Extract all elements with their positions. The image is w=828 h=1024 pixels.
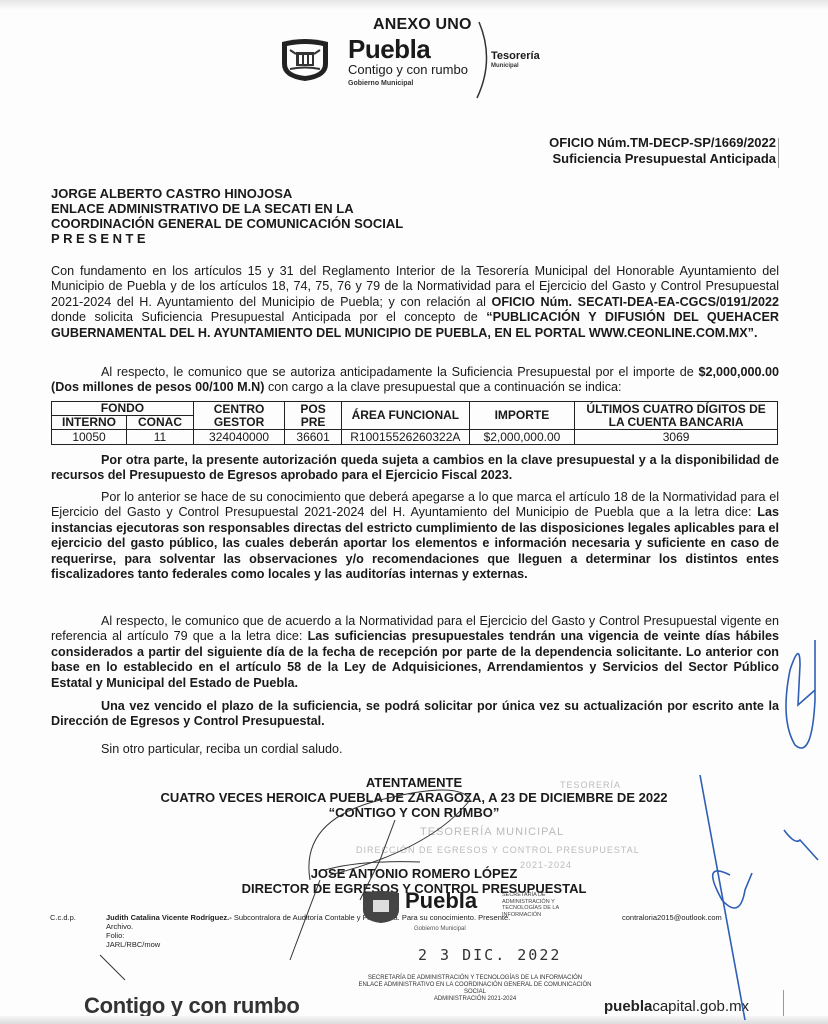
th-centro-gestor: CENTRO GESTOR xyxy=(193,402,284,430)
scan-edge-top xyxy=(0,0,828,10)
oficio-reference: OFICIO Núm.TM-DECP-SP/1669/2022 Suficien… xyxy=(549,135,776,167)
received-stamp-shield-icon xyxy=(360,890,402,924)
paragraph-article-79: Al respecto, le comunico que de acuerdo … xyxy=(51,614,779,691)
budget-key-table: FONDO CENTRO GESTOR POS PRE ÁREA FUNCION… xyxy=(51,401,778,445)
presente-label: PRESENTE xyxy=(51,231,403,246)
footer-margin-mark xyxy=(783,990,784,1016)
cc-label: C.c.d.p. xyxy=(50,913,76,922)
received-stamp-side: SECRETARÍA DE ADMINISTRACIÓN Y TECNOLOGÍ… xyxy=(502,892,562,918)
cell-importe: $2,000,000.00 xyxy=(469,430,574,445)
p1-text-2: donde solicita Suficiencia Presupuestal … xyxy=(51,310,486,324)
paragraph-farewell: Sin otro particular, reciba un cordial s… xyxy=(51,742,779,757)
cell-interno: 10050 xyxy=(52,430,127,445)
received-stamp-brand: Puebla xyxy=(405,888,477,914)
th-importe: IMPORTE xyxy=(469,402,574,430)
received-stamp-line-1: SECRETARÍA DE ADMINISTRACIÓN Y TECNOLOGÍ… xyxy=(355,975,595,982)
department-name: Tesorería xyxy=(491,50,540,62)
cell-area-funcional: R10015526260322A xyxy=(341,430,469,445)
city-coat-of-arms-icon xyxy=(278,38,332,82)
paragraph-legal-basis: Con fundamento en los artículos 15 y 31 … xyxy=(51,264,779,341)
p1-oficio-ref: OFICIO Núm. SECATI-DEA-EA-CGCS/0191/2022 xyxy=(492,295,779,309)
brand-government: Gobierno Municipal xyxy=(348,80,468,87)
th-cuenta: ÚLTIMOS CUATRO DÍGITOS DE LA CUENTA BANC… xyxy=(575,402,778,430)
document-page: ANEXO UNO Puebla Contigo y con rumbo Gob… xyxy=(0,0,828,1024)
oficio-subject: Suficiencia Presupuestal Anticipada xyxy=(549,151,776,167)
addressee-name: JORGE ALBERTO CASTRO HINOJOSA xyxy=(51,186,403,201)
margin-mark xyxy=(778,138,779,168)
paragraph-conditions: Por otra parte, la presente autorización… xyxy=(51,453,779,484)
p2-text-2: con cargo a la clave presupuestal que a … xyxy=(264,380,621,394)
received-stamp-gov: Gobierno Municipal xyxy=(414,926,466,932)
faint-stamp-2: DIRECCIÓN DE EGRESOS Y CONTROL PRESUPUES… xyxy=(356,845,640,855)
cc-folio: Folio: xyxy=(106,931,510,940)
addressee-title-2: COORDINACIÓN GENERAL DE COMUNICACIÓN SOC… xyxy=(51,216,403,231)
paragraph-update: Una vez vencido el plazo de la suficienc… xyxy=(51,699,779,730)
brand-slogan: Contigo y con rumbo xyxy=(348,63,468,77)
place-date: CUATRO VECES HEROICA PUEBLA DE ZARAGOZA,… xyxy=(0,790,828,805)
oficio-number: OFICIO Núm.TM-DECP-SP/1669/2022 xyxy=(549,135,776,151)
th-interno: INTERNO xyxy=(52,416,127,430)
footer-url-rest: capital.gob.mx xyxy=(652,998,749,1015)
faint-stamp-1: TESORERÍA MUNICIPAL xyxy=(420,826,564,838)
cc-recipient-name: Judith Catalina Vicente Rodríguez.- xyxy=(106,913,232,922)
addressee-block: JORGE ALBERTO CASTRO HINOJOSA ENLACE ADM… xyxy=(51,186,403,246)
th-area-funcional: ÁREA FUNCIONAL xyxy=(341,402,469,430)
scan-edge-bottom xyxy=(0,1016,828,1024)
th-fondo: FONDO xyxy=(52,402,194,416)
brand-name: Puebla xyxy=(348,36,468,62)
addressee-title-1: ENLACE ADMINISTRATIVO DE LA SECATI EN LA xyxy=(51,201,403,216)
cc-email: contraloria2015@outlook.com xyxy=(622,913,722,922)
annex-label: ANEXO UNO xyxy=(373,16,472,34)
signer-name: JOSE ANTONIO ROMERO LÓPEZ xyxy=(0,866,828,881)
th-pos-pre: POS PRE xyxy=(285,402,342,430)
p2-text: Al respecto, le comunico que se autoriza… xyxy=(101,365,698,379)
paragraph-article-18: Por lo anterior se hace de su conocimien… xyxy=(51,490,779,582)
cell-centro-gestor: 324040000 xyxy=(193,430,284,445)
footer-url-bold: puebla xyxy=(604,998,652,1015)
paragraph-authorization: Al respecto, le comunico que se autoriza… xyxy=(51,365,779,396)
puebla-brand: Puebla Contigo y con rumbo Gobierno Muni… xyxy=(348,36,468,87)
department-sub: Municipal xyxy=(491,63,519,69)
cell-cuenta: 3069 xyxy=(575,430,778,445)
table-row: 10050 11 324040000 36601 R10015526260322… xyxy=(52,430,778,445)
received-stamp-text: SECRETARÍA DE ADMINISTRACIÓN Y TECNOLOGÍ… xyxy=(355,975,595,1003)
p4-text: Por lo anterior se hace de su conocimien… xyxy=(51,490,779,519)
footer-website: pueblacapital.gob.mx xyxy=(604,998,749,1015)
received-stamp-line-3: ADMINISTRACIÓN 2021-2024 xyxy=(355,996,595,1003)
faint-stamp-top: TESORERÍA xyxy=(560,780,621,790)
closing-label: ATENTAMENTE xyxy=(0,775,828,790)
blue-initial-mark-icon xyxy=(700,640,818,1020)
cell-pos-pre: 36601 xyxy=(285,430,342,445)
cell-conac: 11 xyxy=(127,430,194,445)
motto: “CONTIGO Y CON RUMBO” xyxy=(0,805,828,820)
th-conac: CONAC xyxy=(127,416,194,430)
received-stamp-line-2: ENLACE ADMINISTRATIVO EN LA COORDINACIÓN… xyxy=(355,982,595,996)
received-date-stamp: 2 3 DIC. 2022 xyxy=(418,946,561,964)
